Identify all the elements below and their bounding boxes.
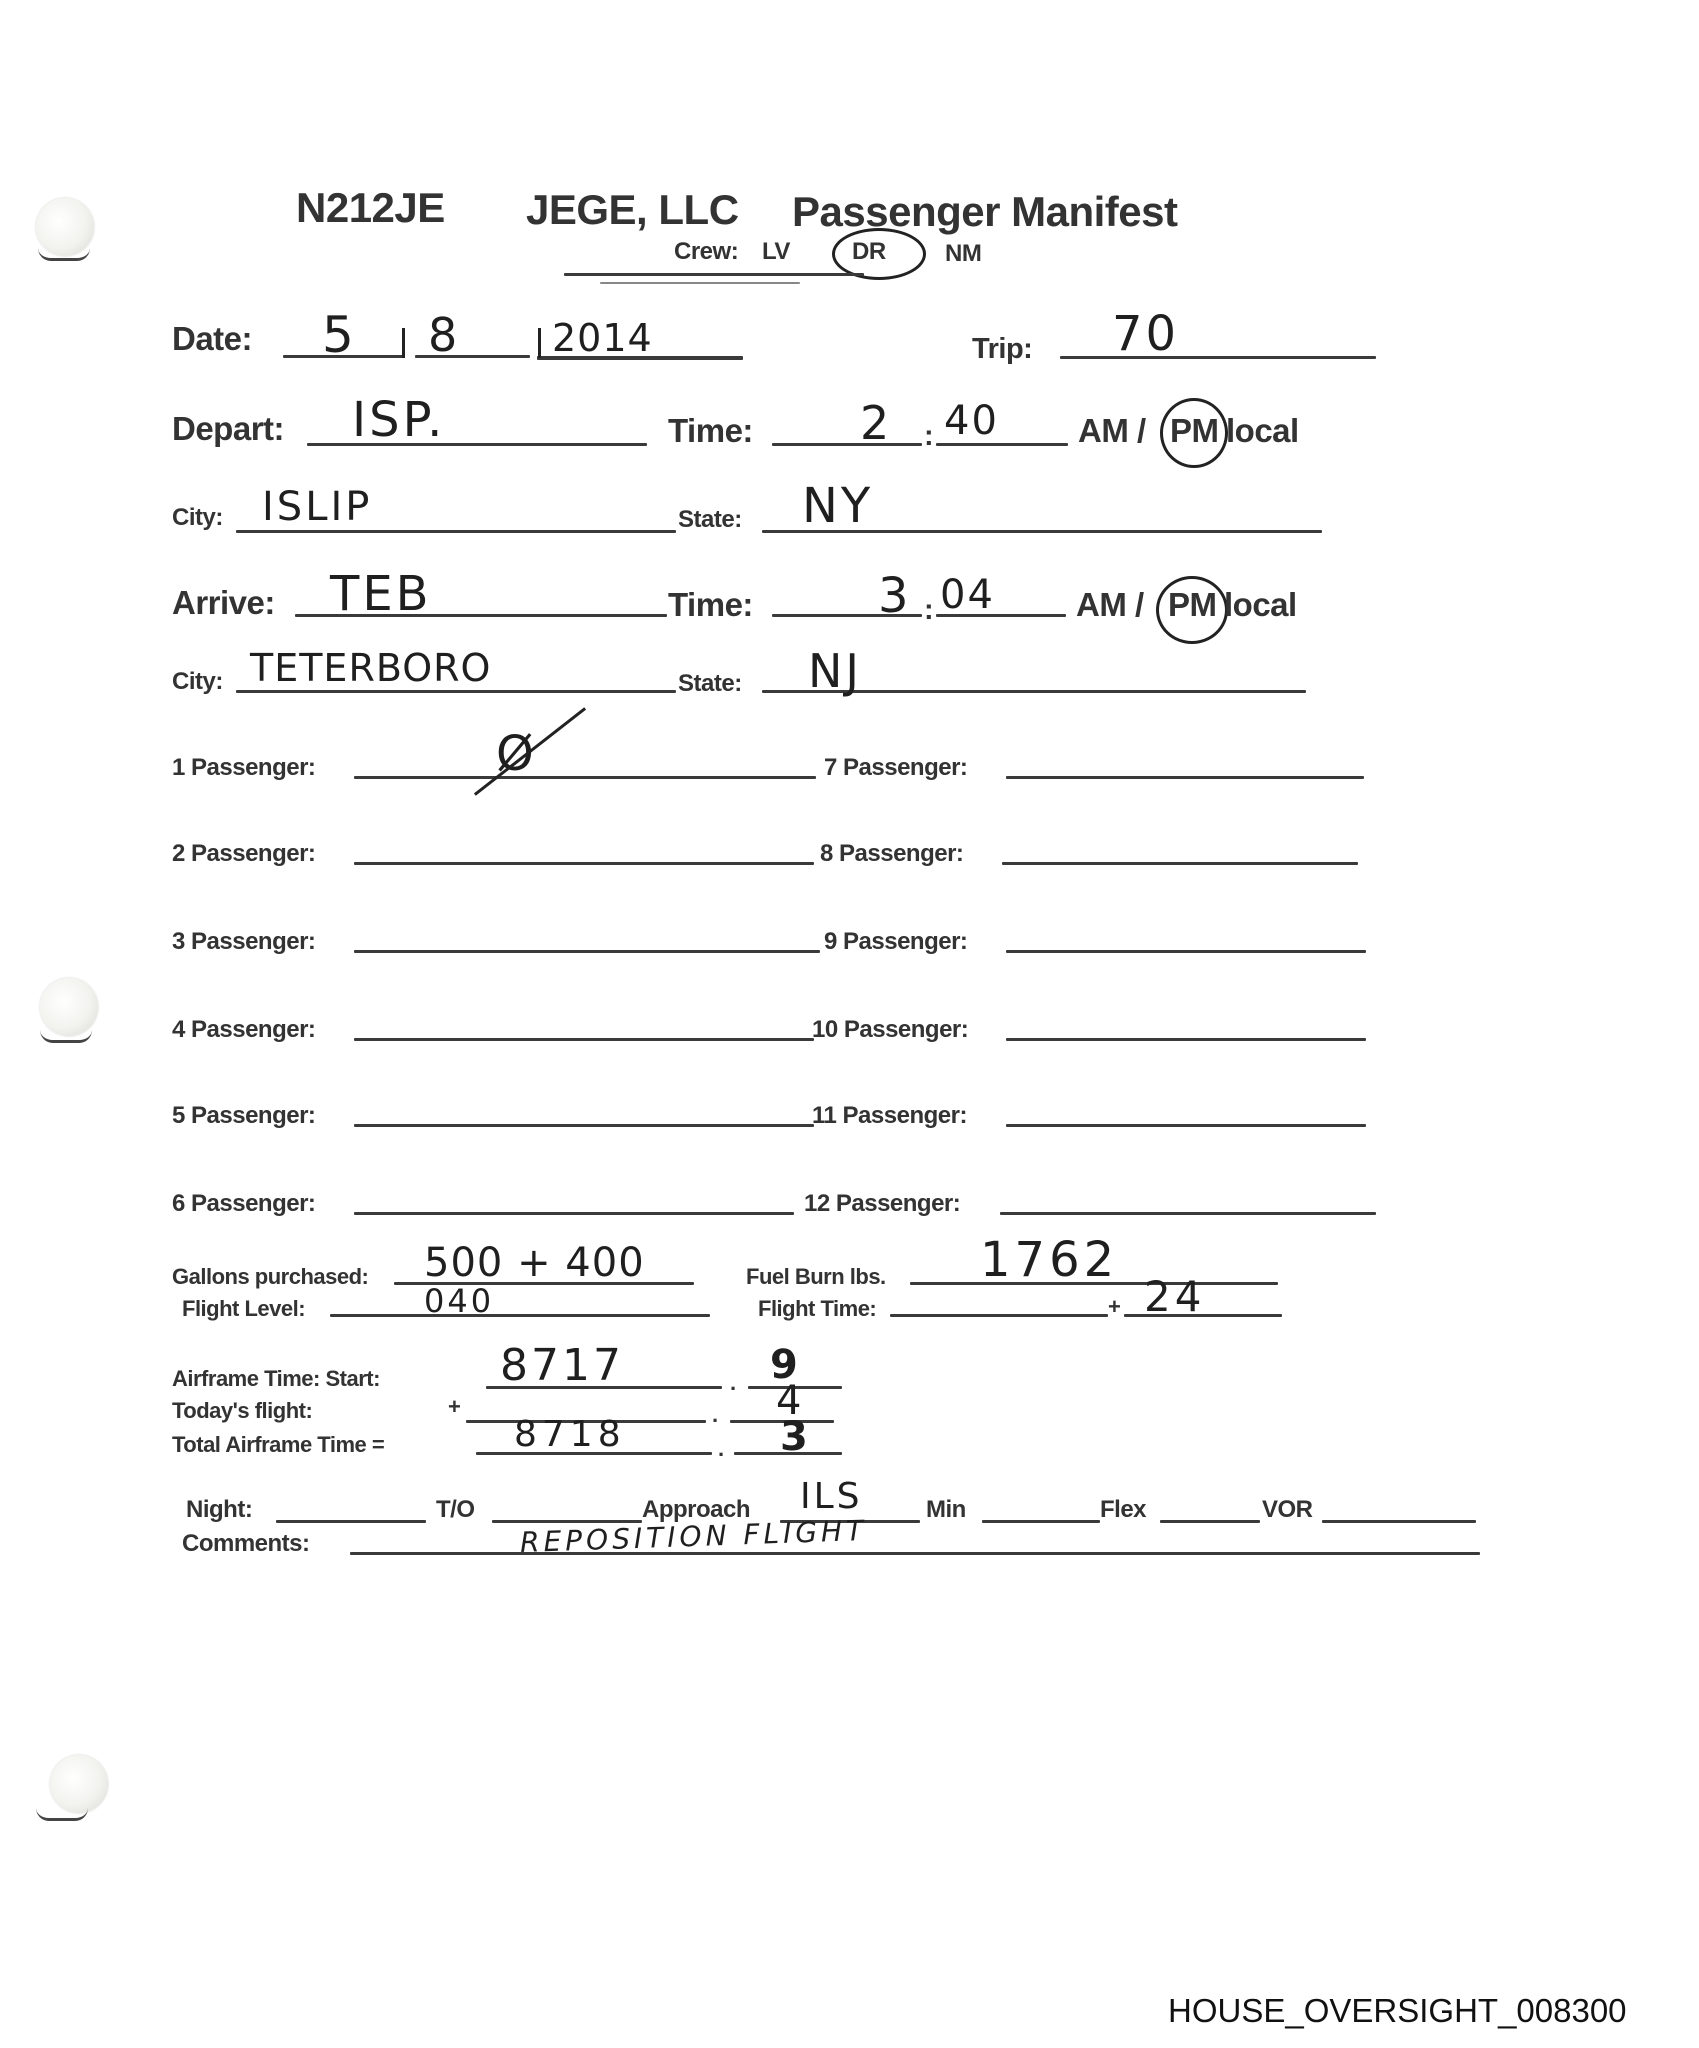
depart-hour-field[interactable]: 2 (860, 396, 892, 450)
form-title: Passenger Manifest (792, 188, 1178, 236)
total-airframe-whole-field[interactable]: 8718 (514, 1414, 626, 1455)
flight-time-minutes-field[interactable]: 24 (1144, 1272, 1205, 1321)
hole-punch-bottom-shadow (36, 1808, 88, 1821)
to-label: T/O (436, 1496, 475, 1524)
depart-hour-line (772, 443, 922, 446)
passenger-6-label: 6 Passenger: (172, 1190, 315, 1218)
flight-level-field[interactable]: 040 (424, 1282, 494, 1320)
flight-time-hours-line (890, 1314, 1108, 1317)
depart-pm-circle (1160, 398, 1228, 468)
arrive-city-field[interactable]: TETERBORO (250, 646, 491, 690)
trip-label: Trip: (972, 333, 1032, 366)
trip-number-field[interactable]: 70 (1112, 306, 1179, 362)
min-line (982, 1520, 1100, 1523)
passenger-9-label: 9 Passenger: (824, 928, 967, 956)
arrive-local-label: local (1224, 586, 1297, 624)
passenger-8-label: 8 Passenger: (820, 840, 963, 868)
gallons-field[interactable]: 500 + 400 (424, 1240, 645, 1286)
total-airframe-tenth-field[interactable]: 3 (780, 1414, 811, 1460)
header-underline (564, 273, 864, 276)
header-underline-faint (600, 282, 800, 284)
comments-label: Comments: (182, 1530, 310, 1558)
bates-number: HOUSE_OVERSIGHT_008300 (1168, 1992, 1627, 2030)
trip-line (1060, 356, 1376, 359)
passenger-1-strike (474, 707, 586, 796)
depart-city-line (236, 530, 676, 533)
passenger-5-label: 5 Passenger: (172, 1102, 315, 1130)
fuel-burn-field[interactable]: 1762 (980, 1232, 1118, 1288)
flight-level-line (330, 1314, 710, 1317)
night-line (276, 1520, 426, 1523)
arrive-city-line (236, 690, 676, 693)
passenger-1-line (354, 776, 816, 779)
vor-label: VOR (1262, 1496, 1313, 1524)
todays-flight-label: Today's flight: (172, 1398, 312, 1424)
crew-option-nm[interactable]: NM (945, 240, 981, 268)
airframe-start-label: Airframe Time: Start: (172, 1366, 380, 1392)
passenger-12-line (1000, 1212, 1376, 1215)
min-label: Min (926, 1496, 966, 1524)
passenger-12-label: 12 Passenger: (804, 1190, 960, 1218)
company-name: JEGE, LLC (526, 186, 739, 234)
arrive-label: Arrive: (172, 584, 275, 622)
gallons-label: Gallons purchased: (172, 1264, 368, 1290)
passenger-7-line (1006, 776, 1364, 779)
arrive-am-option[interactable]: AM / (1076, 586, 1144, 624)
date-label: Date: (172, 320, 252, 358)
depart-minute-field[interactable]: 40 (944, 398, 999, 444)
passenger-3-label: 3 Passenger: (172, 928, 315, 956)
crew-option-lv[interactable]: LV (762, 238, 790, 266)
arrive-state-label: State: (678, 670, 742, 698)
vor-line (1322, 1520, 1476, 1523)
hole-punch-bottom (50, 1755, 108, 1813)
date-separator-2 (538, 328, 541, 358)
approach-field[interactable]: ILS (800, 1476, 863, 1517)
depart-state-label: State: (678, 506, 742, 534)
depart-state-field[interactable]: NY (802, 478, 873, 534)
passenger-2-line (354, 862, 814, 865)
flight-level-label: Flight Level: (182, 1296, 305, 1322)
passenger-4-label: 4 Passenger: (172, 1016, 315, 1044)
depart-time-label: Time: (668, 412, 753, 450)
tail-number: N212JE (296, 184, 445, 232)
todays-flight-plus: + (448, 1394, 460, 1420)
depart-city-field[interactable]: ISLIP (262, 484, 372, 530)
arrive-pm-circle (1156, 576, 1228, 644)
passenger-10-line (1006, 1038, 1366, 1041)
passenger-9-line (1006, 950, 1366, 953)
airframe-start-dot: . (730, 1370, 736, 1396)
hole-punch-middle (40, 978, 98, 1036)
passenger-7-label: 7 Passenger: (824, 754, 967, 782)
depart-label: Depart: (172, 410, 284, 448)
hole-punch-top-shadow (38, 248, 90, 261)
arrive-time-label: Time: (668, 586, 753, 624)
depart-airport-field[interactable]: ISP. (352, 392, 445, 448)
night-label: Night: (186, 1496, 252, 1524)
fuel-burn-label: Fuel Burn lbs. (746, 1264, 886, 1290)
flex-label: Flex (1100, 1496, 1146, 1524)
crew-label: Crew: (674, 238, 738, 266)
depart-city-label: City: (172, 504, 223, 532)
depart-local-label: local (1226, 412, 1299, 450)
passenger-11-line (1006, 1124, 1366, 1127)
passenger-10-label: 10 Passenger: (812, 1016, 968, 1044)
total-airframe-dot: . (718, 1436, 724, 1462)
depart-colon: : (924, 420, 933, 453)
flex-line (1160, 1520, 1260, 1523)
passenger-4-line (354, 1038, 814, 1041)
passenger-8-line (1002, 862, 1358, 865)
passenger-6-line (354, 1212, 794, 1215)
arrive-state-field[interactable]: NJ (808, 644, 862, 698)
airframe-start-whole-field[interactable]: 8717 (500, 1340, 624, 1391)
arrive-minute-field[interactable]: 04 (940, 572, 995, 618)
passenger-2-label: 2 Passenger: (172, 840, 315, 868)
total-airframe-label: Total Airframe Time = (172, 1432, 384, 1458)
hole-punch-middle-shadow (40, 1030, 92, 1043)
passenger-5-line (354, 1124, 814, 1127)
date-separator-1 (402, 328, 405, 358)
arrive-airport-field[interactable]: TEB (330, 566, 432, 622)
passenger-11-label: 11 Passenger: (812, 1102, 967, 1130)
arrive-city-label: City: (172, 668, 223, 696)
flight-time-separator: + (1108, 1294, 1120, 1320)
arrive-colon: : (924, 594, 933, 627)
passenger-1-label: 1 Passenger: (172, 754, 315, 782)
arrive-hour-field[interactable]: 3 (878, 568, 912, 624)
todays-flight-dot: . (712, 1402, 718, 1428)
depart-am-option[interactable]: AM / (1078, 412, 1146, 450)
flight-time-label: Flight Time: (758, 1296, 876, 1322)
date-month-field[interactable]: 5 (322, 306, 357, 364)
date-day-field[interactable]: 8 (428, 308, 460, 362)
date-year-field[interactable]: 2014 (552, 316, 653, 360)
passenger-3-line (354, 950, 820, 953)
